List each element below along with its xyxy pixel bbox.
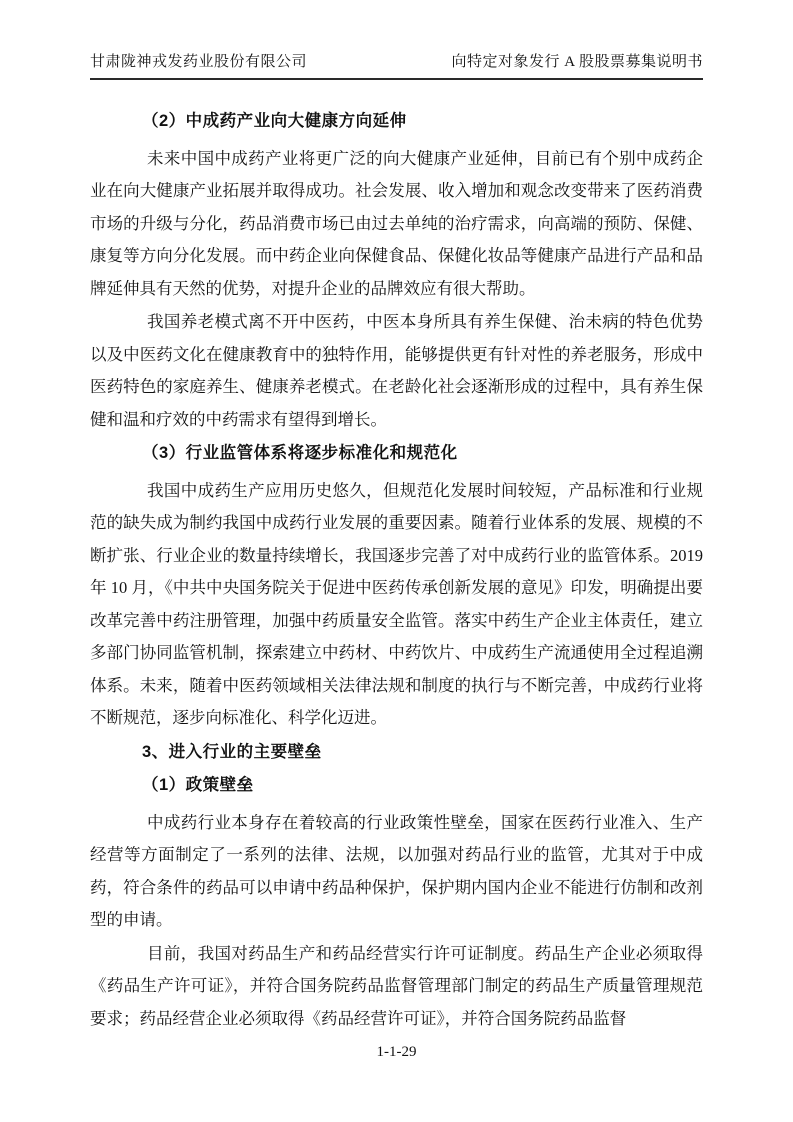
section-heading-2-big-health: （2）中成药产业向大健康方向延伸: [90, 105, 703, 138]
document-page: 甘肃陇神戎发药业股份有限公司 向特定对象发行 A 股股票募集说明书 （2）中成药…: [0, 0, 793, 1122]
section-heading-policy-barrier: （1）政策壁垒: [90, 769, 703, 802]
paragraph-big-health-extension: 未来中国中成药产业将更广泛的向大健康产业延伸，目前已有个别中成药企业在向大健康产…: [90, 143, 703, 306]
document-body: （2）中成药产业向大健康方向延伸 未来中国中成药产业将更广泛的向大健康产业延伸，…: [90, 105, 703, 1035]
page-footer: 1-1-29: [90, 1041, 703, 1063]
paragraph-elderly-care-tcm: 我国养老模式离不开中医药，中医本身所具有养生保健、治未病的特色优势以及中医药文化…: [90, 306, 703, 436]
paragraph-policy-barrier: 中成药行业本身存在着较高的行业政策性壁垒，国家在医药行业准入、生产经营等方面制定…: [90, 807, 703, 937]
paragraph-license-system: 目前，我国对药品生产和药品经营实行许可证制度。药品生产企业必须取得《药品生产许可…: [90, 938, 703, 1036]
section-heading-entry-barriers: 3、进入行业的主要壁垒: [90, 736, 703, 769]
header-document-title: 向特定对象发行 A 股股票募集说明书: [451, 52, 703, 72]
paragraph-regulation-system: 我国中成药生产应用历史悠久，但规范化发展时间较短，产品标准和行业规范的缺失成为制…: [90, 475, 703, 735]
header-company-name: 甘肃陇神戎发药业股份有限公司: [90, 52, 307, 72]
page-number: 1-1-29: [377, 1044, 417, 1060]
section-heading-3-regulation: （3）行业监管体系将逐步标准化和规范化: [90, 437, 703, 470]
page-header: 甘肃陇神戎发药业股份有限公司 向特定对象发行 A 股股票募集说明书: [90, 52, 703, 80]
